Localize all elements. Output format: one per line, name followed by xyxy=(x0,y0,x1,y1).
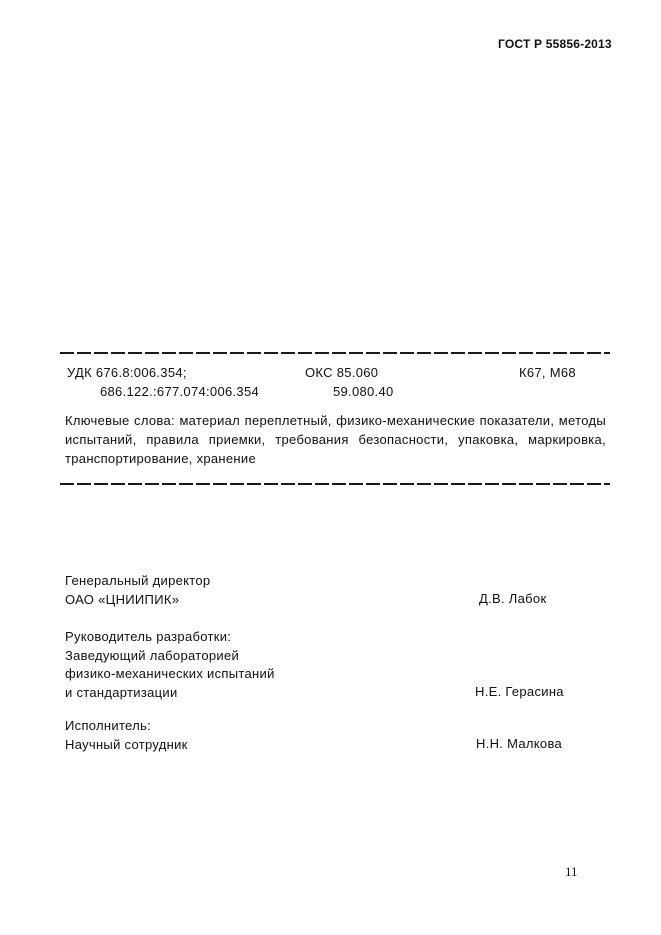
signature-role-line: Заведующий лабораторией xyxy=(65,647,275,666)
divider-line-top xyxy=(60,352,610,354)
document-page: ГОСТ Р 55856-2013 УДК 676.8:006.354; ОКС… xyxy=(0,0,661,935)
signature-name-development-lead: Н.Е. Герасина xyxy=(475,683,564,702)
signature-role-line: и стандартизации xyxy=(65,684,275,703)
signature-block-development-lead: Руководитель разработки: Заведующий лабо… xyxy=(65,628,275,702)
keywords-line: транспортирование, хранение xyxy=(65,449,606,468)
signature-role-line: ОАО «ЦНИИПИК» xyxy=(65,591,210,610)
signature-role-line: Руководитель разработки: xyxy=(65,628,275,647)
keywords-paragraph: Ключевые слова: материал переплетный, фи… xyxy=(65,411,606,468)
signature-role-line: Научный сотрудник xyxy=(65,736,188,755)
page-number: 11 xyxy=(565,864,578,880)
standard-code-header: ГОСТ Р 55856-2013 xyxy=(498,37,612,51)
keywords-line: испытаний, правила приемки, требования б… xyxy=(65,430,606,449)
oks-code-line2: 59.080.40 xyxy=(333,383,394,402)
oks-code-line1: ОКС 85.060 xyxy=(305,364,378,383)
keywords-line: Ключевые слова: материал переплетный, фи… xyxy=(65,411,606,430)
signature-role-line: Генеральный директор xyxy=(65,572,210,591)
signature-name-director: Д.В. Лабок xyxy=(479,590,546,609)
signature-role-line: физико-механических испытаний xyxy=(65,665,275,684)
classifier-codes: К67, М68 xyxy=(519,364,576,383)
udk-code-line2: 686.122.:677.074:006.354 xyxy=(100,383,259,402)
udk-code-line1: УДК 676.8:006.354; xyxy=(67,364,187,383)
divider-line-bottom xyxy=(60,483,610,485)
signature-role-line: Исполнитель: xyxy=(65,717,188,736)
signature-name-executor: Н.Н. Малкова xyxy=(476,735,562,754)
signature-block-executor: Исполнитель: Научный сотрудник xyxy=(65,717,188,754)
signature-block-director: Генеральный директор ОАО «ЦНИИПИК» xyxy=(65,572,210,609)
